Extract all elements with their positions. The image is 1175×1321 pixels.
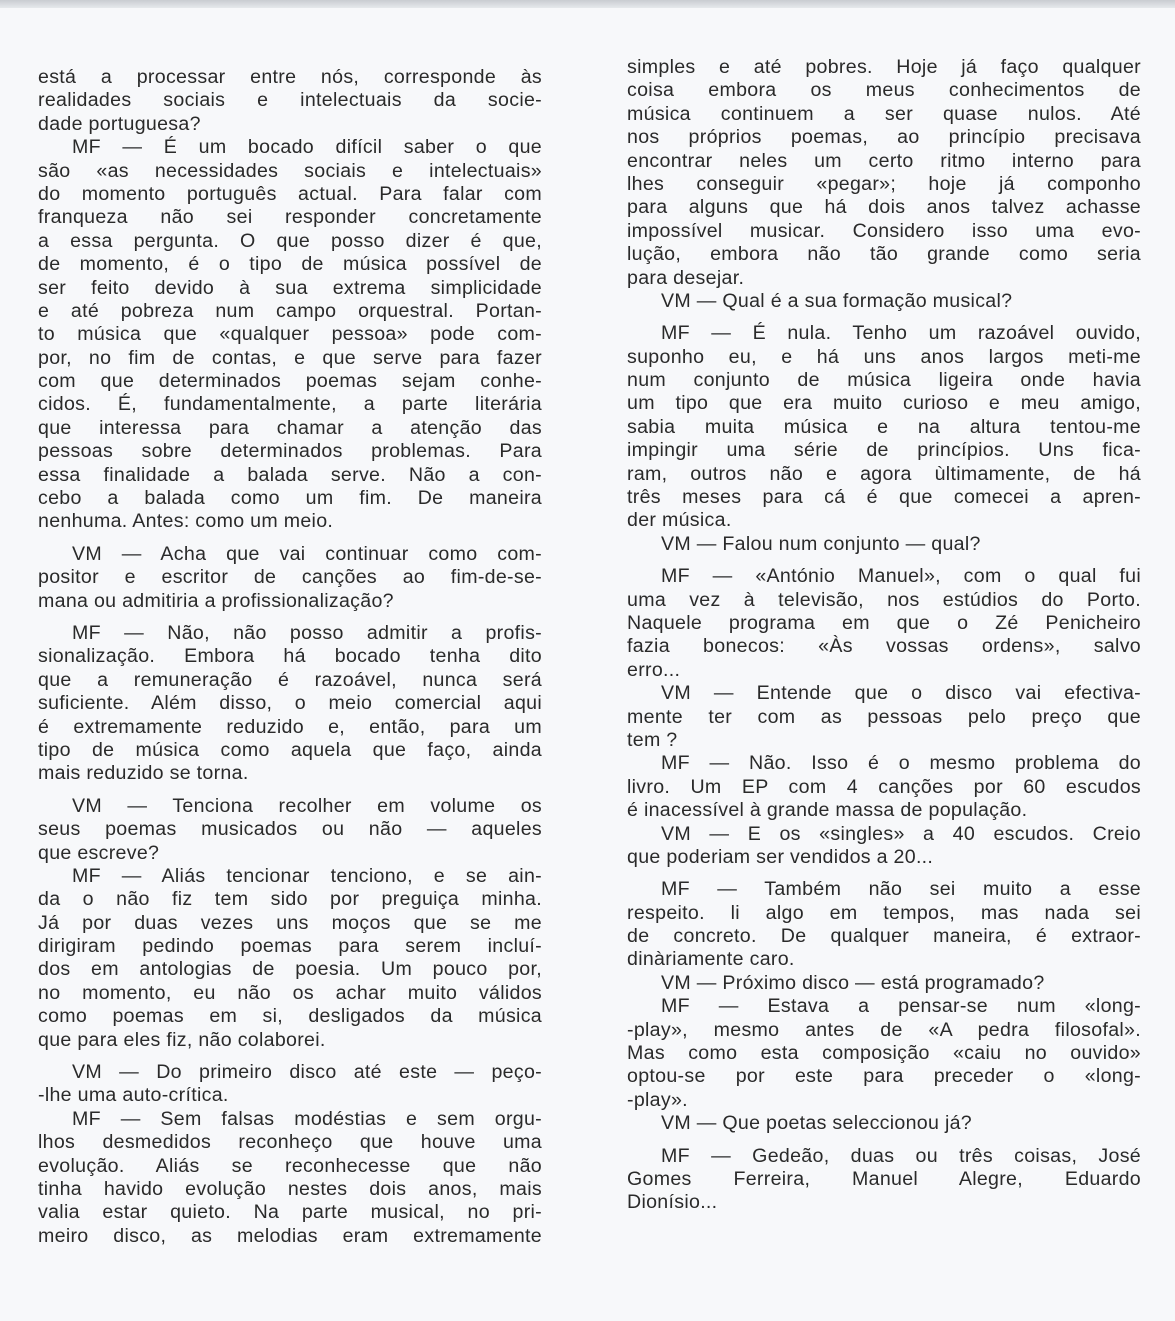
left-column: está a processar entre nós, corresponde … [38, 66, 542, 1248]
text-line: tinha havido evolução nestes dois anos, … [38, 1178, 542, 1201]
text-line: MF — Aliás tencionar tenciono, e se ain- [38, 865, 542, 888]
interview-paragraph: VM — Próximo disco — está programado? [627, 972, 1141, 995]
text-line: livro. Um EP com 4 canções por 60 escudo… [627, 776, 1141, 799]
text-line: e até pobreza num campo orquestral. Port… [38, 300, 542, 323]
text-line: suponho eu, e há uns anos largos meti-me [627, 346, 1141, 369]
right-column: simples e até pobres. Hoje já faço qualq… [627, 56, 1141, 1215]
interview-paragraph: VM — Do primeiro disco até este — peço--… [38, 1061, 542, 1108]
text-line: que para eles fiz, não colaborei. [38, 1029, 542, 1052]
text-line: meiro disco, as melodias eram extremamen… [38, 1225, 542, 1248]
text-line: com que determinados poemas sejam conhe- [38, 370, 542, 393]
text-line: mais reduzido se torna. [38, 762, 542, 785]
text-line: VM — Do primeiro disco até este — peço- [38, 1061, 542, 1084]
interview-paragraph: MF — Não. Isso é o mesmo problema dolivr… [627, 752, 1141, 822]
interview-paragraph: MF — Gedeão, duas ou três coisas, JoséGo… [627, 1145, 1141, 1215]
text-line: Gomes Ferreira, Manuel Alegre, Eduardo [627, 1168, 1141, 1191]
interview-paragraph: MF — Estava a pensar-se num «long--play»… [627, 995, 1141, 1112]
text-line: num conjunto de música ligeira onde havi… [627, 369, 1141, 392]
text-line: tem ? [627, 729, 1141, 752]
text-line: VM — Falou num conjunto — qual? [627, 533, 1141, 556]
interview-paragraph: MF — Aliás tencionar tenciono, e se ain-… [38, 865, 542, 1052]
text-line: VM — Acha que vai continuar como com- [38, 543, 542, 566]
interview-paragraph: simples e até pobres. Hoje já faço qualq… [627, 56, 1141, 290]
text-line: lhos desmedidos reconheço que houve uma [38, 1131, 542, 1154]
text-line: VM — Próximo disco — está programado? [627, 972, 1141, 995]
text-line: sabia muita música e na altura tentou-me [627, 416, 1141, 439]
text-line: -play», mesmo antes de «A pedra filosofa… [627, 1019, 1141, 1042]
text-line: música continuem a ser quase nulos. Até [627, 103, 1141, 126]
interview-paragraph: MF — É nula. Tenho um razoável ouvido,su… [627, 322, 1141, 533]
text-line: nos próprios poemas, ao princípio precis… [627, 126, 1141, 149]
text-line: pessoas sobre determinados problemas. Pa… [38, 440, 542, 463]
interview-paragraph: VM — E os «singles» a 40 escudos. Creioq… [627, 823, 1141, 870]
text-line: Já por duas vezes uns moços que se me [38, 912, 542, 935]
text-line: positor e escritor de canções ao fim-de-… [38, 566, 542, 589]
text-line: VM — Que poetas seleccionou já? [627, 1112, 1141, 1135]
text-line: valia estar quieto. Na parte musical, no… [38, 1201, 542, 1224]
text-line: impingir uma série de princípios. Uns fi… [627, 439, 1141, 462]
text-line: são «as necessidades sociais e intelectu… [38, 160, 542, 183]
text-line: realidades sociais e intelectuais da soc… [38, 89, 542, 112]
text-line: dirigiram pedindo poemas para serem incl… [38, 935, 542, 958]
text-line: que escreve? [38, 842, 542, 865]
text-line: uma vez à televisão, nos estúdios do Por… [627, 589, 1141, 612]
text-line: é extremamente reduzido e, então, para u… [38, 716, 542, 739]
text-line: evolução. Aliás se reconhecesse que não [38, 1155, 542, 1178]
text-line: dinàriamente caro. [627, 948, 1141, 971]
text-line: MF — «António Manuel», com o qual fui [627, 565, 1141, 588]
text-line: para alguns que há dois anos talvez acha… [627, 196, 1141, 219]
text-line: do momento português actual. Para falar … [38, 183, 542, 206]
text-line: mana ou admitiria a profissionalização? [38, 590, 542, 613]
interview-paragraph: MF — Também não sei muito a esserespeito… [627, 878, 1141, 972]
text-line: MF — Não. Isso é o mesmo problema do [627, 752, 1141, 775]
interview-paragraph: VM — Falou num conjunto — qual? [627, 533, 1141, 556]
text-line: tipo de música como aquela que faço, ain… [38, 739, 542, 762]
text-line: cidos. É, fundamentalmente, a parte lite… [38, 393, 542, 416]
text-line: para desejar. [627, 267, 1141, 290]
text-line: MF — Também não sei muito a esse [627, 878, 1141, 901]
text-line: -play». [627, 1089, 1141, 1112]
text-line: fazia bonecos: «Às vossas ordens», salvo [627, 635, 1141, 658]
text-line: VM — Qual é a sua formação musical? [627, 290, 1141, 313]
text-line: da o não fiz tem sido por preguiça minha… [38, 888, 542, 911]
text-line: VM — E os «singles» a 40 escudos. Creio [627, 823, 1141, 846]
scan-top-edge [0, 0, 1175, 8]
text-line: MF — Não, não posso admitir a profis- [38, 622, 542, 645]
text-line: nenhuma. Antes: como um meio. [38, 510, 542, 533]
text-line: por, no fim de contas, e que serve para … [38, 347, 542, 370]
text-line: dos em antologias de poesia. Um pouco po… [38, 958, 542, 981]
text-line: ser feito devido à sua extrema simplicid… [38, 277, 542, 300]
text-line: um tipo que era muito curioso e meu amig… [627, 392, 1141, 415]
text-line: VM — Tenciona recolher em volume os [38, 795, 542, 818]
text-line: lhes conseguir «pegar»; hoje já componho [627, 173, 1141, 196]
interview-paragraph: VM — Acha que vai continuar como com-pos… [38, 543, 542, 613]
text-line: VM — Entende que o disco vai efectiva- [627, 682, 1141, 705]
text-line: sionalização. Embora há bocado tenha dit… [38, 645, 542, 668]
interview-paragraph: VM — Entende que o disco vai efectiva-me… [627, 682, 1141, 752]
text-line: MF — Gedeão, duas ou três coisas, José [627, 1145, 1141, 1168]
text-line: seus poemas musicados ou não — aqueles [38, 818, 542, 841]
text-line: três meses para cá é que comecei a apren… [627, 486, 1141, 509]
text-line: de momento, é o tipo de música possível … [38, 253, 542, 276]
text-line: Mas como esta composição «caiu no ouvido… [627, 1042, 1141, 1065]
text-line: erro... [627, 659, 1141, 682]
text-line: respeito. li algo em tempos, mas nada se… [627, 902, 1141, 925]
text-line: como poemas em si, desligados da música [38, 1005, 542, 1028]
text-line: de concreto. De qualquer maneira, é extr… [627, 925, 1141, 948]
interview-paragraph: MF — Não, não posso admitir a profis-sio… [38, 622, 542, 786]
text-line: simples e até pobres. Hoje já faço qualq… [627, 56, 1141, 79]
text-line: lução, embora não tão grande como seria [627, 243, 1141, 266]
text-line: está a processar entre nós, corresponde … [38, 66, 542, 89]
text-line: MF — É nula. Tenho um razoável ouvido, [627, 322, 1141, 345]
text-line: optou-se por este para preceder o «long- [627, 1065, 1141, 1088]
text-line: MF — Sem falsas modéstias e sem orgu- [38, 1108, 542, 1131]
text-line: MF — Estava a pensar-se num «long- [627, 995, 1141, 1018]
text-line: mente ter com as pessoas pelo preço que [627, 706, 1141, 729]
text-line: der música. [627, 509, 1141, 532]
interview-paragraph: MF — Sem falsas modéstias e sem orgu-lho… [38, 1108, 542, 1248]
interview-paragraph: está a processar entre nós, corresponde … [38, 66, 542, 136]
text-line: impossível musicar. Considero isso uma e… [627, 220, 1141, 243]
text-line: que interessa para chamar a atenção das [38, 417, 542, 440]
interview-paragraph: MF — «António Manuel», com o qual fuiuma… [627, 565, 1141, 682]
interview-paragraph: VM — Qual é a sua formação musical? [627, 290, 1141, 313]
text-line: que a remuneração é razoável, nunca será [38, 669, 542, 692]
text-line: essa finalidade a balada serve. Não a co… [38, 464, 542, 487]
text-line: -lhe uma auto-crítica. [38, 1084, 542, 1107]
interview-paragraph: MF — É um bocado difícil saber o quesão … [38, 136, 542, 534]
document-page: está a processar entre nós, corresponde … [0, 8, 1175, 1321]
text-line: franqueza não sei responder concretament… [38, 206, 542, 229]
text-line: que poderiam ser vendidos a 20... [627, 846, 1141, 869]
text-line: coisa embora os meus conhecimentos de [627, 79, 1141, 102]
interview-paragraph: VM — Tenciona recolher em volume osseus … [38, 795, 542, 865]
text-line: encontrar neles um certo ritmo interno p… [627, 150, 1141, 173]
text-line: a essa pergunta. O que posso dizer é que… [38, 230, 542, 253]
text-line: MF — É um bocado difícil saber o que [38, 136, 542, 159]
interview-paragraph: VM — Que poetas seleccionou já? [627, 1112, 1141, 1135]
text-line: cebo a balada como um fim. De maneira [38, 487, 542, 510]
text-line: suficiente. Além disso, o meio comercial… [38, 692, 542, 715]
text-line: é inacessível à grande massa de populaçã… [627, 799, 1141, 822]
text-line: to música que «qualquer pessoa» pode com… [38, 323, 542, 346]
text-line: ram, outros não e agora ùltimamente, de … [627, 463, 1141, 486]
text-line: dade portuguesa? [38, 113, 542, 136]
text-line: no momento, eu não os achar muito válido… [38, 982, 542, 1005]
text-line: Dionísio... [627, 1191, 1141, 1214]
text-line: Naquele programa em que o Zé Penicheiro [627, 612, 1141, 635]
